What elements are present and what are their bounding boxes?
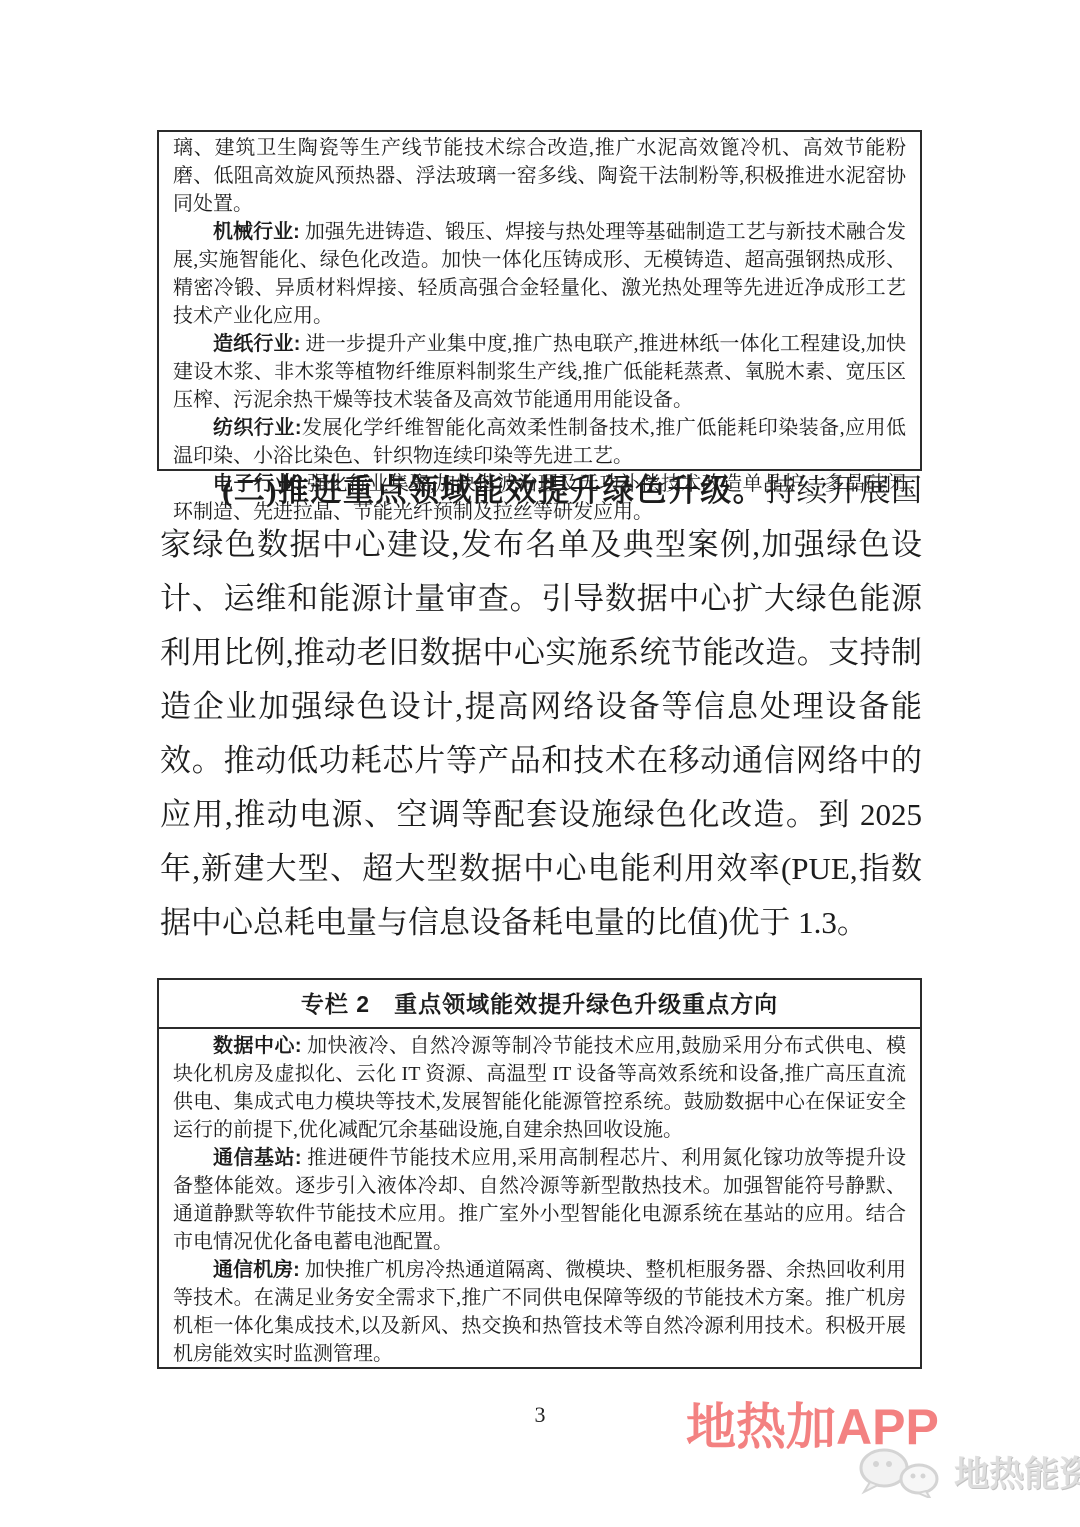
channel-watermark: 地热能资讯 bbox=[856, 1446, 1080, 1498]
paragraph-datacenter: 数据中心: 加快液冷、自然冷源等制冷节能技术应用,鼓励采用分布式供电、模块化机房… bbox=[173, 1032, 906, 1144]
paragraph-telecomroom: 通信机房: 加快推广机房冷热通道隔离、微模块、整机柜服务器、余热回收利用等技术。… bbox=[173, 1256, 906, 1368]
document-page: 璃、建筑卫生陶瓷等生产线节能技术综合改造,推广水泥高效篦冷机、高效节能粉磨、低阻… bbox=[0, 0, 1080, 1527]
industry-label-textile: 纺织行业: bbox=[213, 417, 302, 439]
column-box-2: 专栏 2 重点领域能效提升绿色升级重点方向 数据中心: 加快液冷、自然冷源等制冷… bbox=[157, 978, 922, 1369]
paragraph-continuation: 璃、建筑卫生陶瓷等生产线节能技术综合改造,推广水泥高效篦冷机、高效节能粉磨、低阻… bbox=[173, 134, 906, 218]
column-box-content: 数据中心: 加快液冷、自然冷源等制冷节能技术应用,鼓励采用分布式供电、模块化机房… bbox=[159, 1029, 920, 1371]
topic-label-basestation: 通信基站: bbox=[213, 1147, 302, 1169]
paragraph-basestation: 通信基站: 推进硬件节能技术应用,采用高制程芯片、利用氮化镓功放等提升设备整体能… bbox=[173, 1144, 906, 1256]
channel-name: 地热能资讯 bbox=[954, 1447, 1080, 1497]
industry-label-machinery: 机械行业: bbox=[213, 221, 300, 243]
column-box-title: 专栏 2 重点领域能效提升绿色升级重点方向 bbox=[159, 980, 920, 1029]
industry-measures-box: 璃、建筑卫生陶瓷等生产线节能技术综合改造,推广水泥高效篦冷机、高效节能粉磨、低阻… bbox=[157, 130, 922, 471]
section-body: 持续开展国家绿色数据中心建设,发布名单及典型案例,加强绿色设计、运维和能源计量审… bbox=[160, 473, 922, 940]
topic-label-telecomroom: 通信机房: bbox=[213, 1259, 300, 1281]
topic-label-datacenter: 数据中心: bbox=[213, 1035, 302, 1057]
wechat-icon bbox=[856, 1446, 948, 1498]
paragraph-textile: 纺织行业:发展化学纤维智能化高效柔性制备技术,推广低能耗印染装备,应用低温印染、… bbox=[173, 414, 906, 470]
paragraph-papermaking: 造纸行业: 进一步提升产业集中度,推广热电联产,推进林纸一体化工程建设,加快建设… bbox=[173, 330, 906, 414]
main-paragraph: (二)推进重点领域能效提升绿色升级。持续开展国家绿色数据中心建设,发布名单及典型… bbox=[160, 464, 922, 950]
paragraph-machinery: 机械行业: 加强先进铸造、锻压、焊接与热处理等基础制造工艺与新技术融合发展,实施… bbox=[173, 218, 906, 330]
section-heading: (二)推进重点领域能效提升绿色升级。 bbox=[222, 473, 765, 508]
industry-label-papermaking: 造纸行业: bbox=[213, 333, 300, 355]
main-section: (二)推进重点领域能效提升绿色升级。持续开展国家绿色数据中心建设,发布名单及典型… bbox=[160, 464, 922, 950]
